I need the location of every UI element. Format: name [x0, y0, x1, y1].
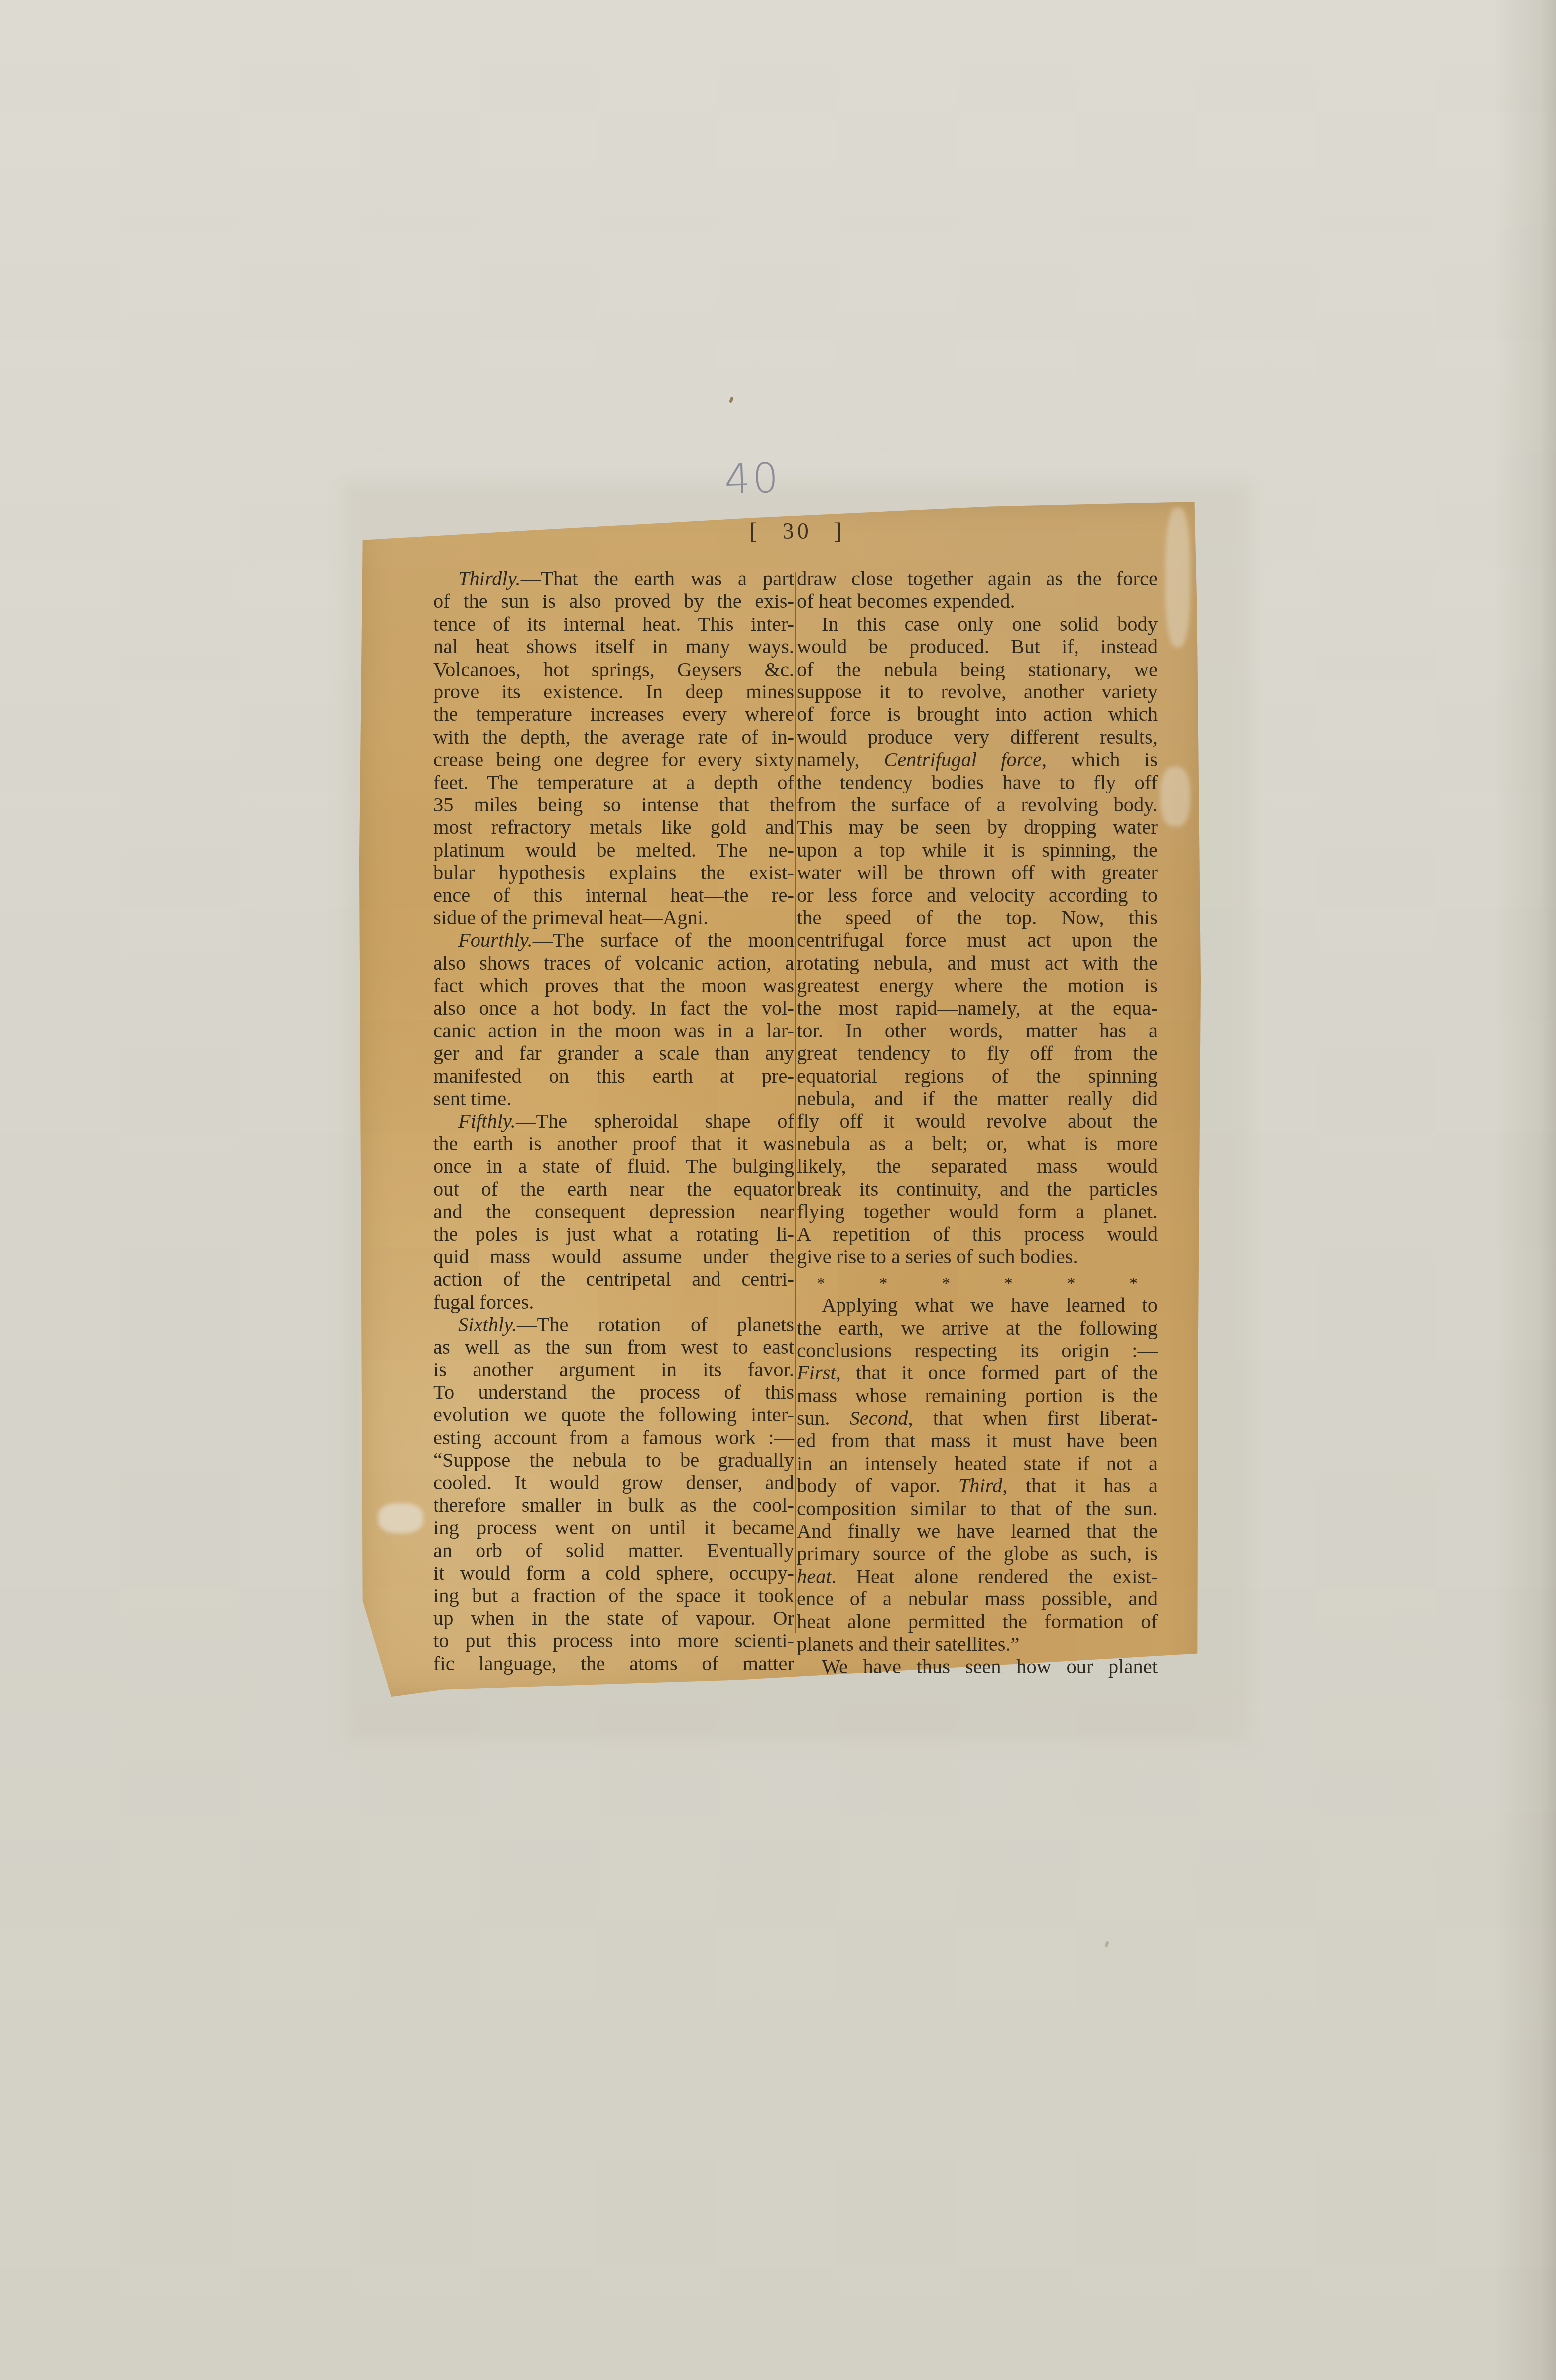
section-break-asterisks: * * * * * * — [797, 1274, 1158, 1294]
text-line: the speed of the top. Now, this — [797, 907, 1158, 929]
text-line: would be produced. But if, instead — [797, 635, 1158, 658]
clipping-page-number: [ 30 ] — [749, 518, 845, 544]
text-line: tence of its internal heat. This inter- — [433, 613, 794, 635]
pencil-folio-number: 40 — [723, 454, 781, 504]
text-line: Volcanoes, hot springs, Geysers &c. — [433, 658, 794, 680]
italic-lead-word: Fifthly. — [458, 1110, 516, 1132]
text-line: prove its existence. In deep mines — [433, 680, 794, 703]
text-line: rotating nebula, and must act with the — [797, 952, 1158, 974]
paper-speck — [1104, 1941, 1109, 1947]
text-line: quid mass would assume under the — [433, 1246, 794, 1268]
text-line: Thirdly.—That the earth was a part — [433, 567, 794, 590]
text-line: composition similar to that of the sun. — [797, 1497, 1158, 1520]
text-line: primary source of the globe as such, is — [797, 1542, 1158, 1565]
text-line: “Suppose the nebula to be gradually — [433, 1449, 794, 1471]
text-line: break its continuity, and the particles — [797, 1178, 1158, 1200]
column-divider — [795, 572, 796, 1633]
italic-word: heat — [797, 1565, 832, 1587]
italic-word: Centrifugal force — [884, 748, 1042, 771]
text-line: give rise to a series of such bodies. — [797, 1246, 1158, 1268]
text-line: In this case only one solid body — [797, 613, 1158, 635]
paper-tear — [378, 1503, 423, 1533]
text-line: of heat becomes expended. — [797, 590, 1158, 612]
text-line: is another argument in its favor. — [433, 1359, 794, 1381]
italic-lead-word: Sixthly. — [458, 1313, 517, 1336]
text-line: of force is brought into action which — [797, 703, 1158, 725]
italic-word: Third — [958, 1474, 1003, 1497]
text-line: of the sun is also proved by the exis- — [433, 590, 794, 612]
text-line: centrifugal force must act upon the — [797, 929, 1158, 951]
text-line: Sixthly.—The rotation of planets — [433, 1313, 794, 1336]
text-line: nal heat shows itself in many ways. — [433, 635, 794, 658]
text-line: heat alone permitted the formation of — [797, 1610, 1158, 1633]
text-line: ence of this internal heat—the re- — [433, 884, 794, 906]
text-line: namely, Centrifugal force, which is — [797, 748, 1158, 771]
text-line: fugal forces. — [433, 1291, 794, 1313]
text-line: fic language, the atoms of matter — [433, 1652, 794, 1675]
left-text-column: Thirdly.—That the earth was a partof the… — [433, 567, 794, 1675]
text-line: and the consequent depression near — [433, 1200, 794, 1223]
text-line: water will be thrown off with greater — [797, 861, 1158, 884]
text-line: Applying what we have learned to — [797, 1294, 1158, 1316]
text-line: most refractory metals like gold and — [433, 816, 794, 838]
text-line: A repetition of this process would — [797, 1223, 1158, 1245]
text-line: ed from that mass it must have been — [797, 1429, 1158, 1452]
text-line: to put this process into more scienti- — [433, 1629, 794, 1652]
text-line: as well as the sun from west to east — [433, 1336, 794, 1358]
italic-lead-word: Thirdly. — [458, 567, 521, 590]
text-line: We have thus seen how our planet — [797, 1655, 1158, 1678]
text-line: draw close together again as the force — [797, 567, 1158, 590]
text-line: conclusions respecting its origin :— — [797, 1339, 1158, 1361]
text-line: mass whose remaining portion is the — [797, 1384, 1158, 1407]
text-line: feet. The temperature at a depth of — [433, 771, 794, 793]
text-line: manifested on this earth at pre- — [433, 1065, 794, 1087]
text-line: ger and far grander a scale than any — [433, 1042, 794, 1064]
text-line: Fifthly.—The spheroidal shape of — [433, 1110, 794, 1132]
text-line: it would form a cold sphere, occupy- — [433, 1562, 794, 1584]
text-line: canic action in the moon was in a lar- — [433, 1020, 794, 1042]
text-line: And finally we have learned that the — [797, 1520, 1158, 1542]
text-line: crease being one degree for every sixty — [433, 748, 794, 771]
text-line: fly off it would revolve about the — [797, 1110, 1158, 1132]
text-line: ence of a nebular mass possible, and — [797, 1587, 1158, 1610]
text-line: evolution we quote the following inter- — [433, 1403, 794, 1426]
text-line: sent time. — [433, 1087, 794, 1110]
text-line: fact which proves that the moon was — [433, 974, 794, 997]
text-line: also once a hot body. In fact the vol- — [433, 997, 794, 1019]
text-line: the earth, we arrive at the following — [797, 1317, 1158, 1339]
text-line: or less force and velocity according to — [797, 884, 1158, 906]
text-line: ing process went on until it became — [433, 1516, 794, 1539]
paper-speck — [729, 396, 734, 403]
text-line: the earth is another proof that it was — [433, 1133, 794, 1155]
text-line: would produce very different results, — [797, 726, 1158, 748]
text-line: likely, the separated mass would — [797, 1155, 1158, 1177]
right-text-column: draw close together again as the forceof… — [797, 567, 1158, 1678]
text-line: an orb of solid matter. Eventually — [433, 1539, 794, 1562]
text-line: also shows traces of volcanic action, a — [433, 952, 794, 974]
text-line: platinum would be melted. The ne- — [433, 839, 794, 861]
text-line: tor. In other words, matter has a — [797, 1020, 1158, 1042]
paper-tear — [1165, 508, 1190, 647]
text-line: the most rapid—namely, at the equa- — [797, 997, 1158, 1019]
text-line: the tendency bodies have to fly off — [797, 771, 1158, 793]
text-line: nebula, and if the matter really did — [797, 1087, 1158, 1110]
text-line: equatorial regions of the spinning — [797, 1065, 1158, 1087]
text-line: First, that it once formed part of the — [797, 1361, 1158, 1384]
text-line: sidue of the primeval heat—Agni. — [433, 907, 794, 929]
text-line: with the depth, the average rate of in- — [433, 726, 794, 748]
text-line: from the surface of a revolving body. — [797, 793, 1158, 816]
text-line: 35 miles being so intense that the — [433, 793, 794, 816]
text-line: ing but a fraction of the space it took — [433, 1585, 794, 1607]
text-line: the temperature increases every where — [433, 703, 794, 725]
text-line: body of vapor. Third, that it has a — [797, 1474, 1158, 1497]
text-line: heat. Heat alone rendered the exist- — [797, 1565, 1158, 1587]
text-line: bular hypothesis explains the exist- — [433, 861, 794, 884]
text-line: in an intensely heated state if not a — [797, 1452, 1158, 1474]
text-line: sun. Second, that when first liberat- — [797, 1407, 1158, 1429]
italic-word: Second — [850, 1407, 908, 1429]
text-line: of the nebula being stationary, we — [797, 658, 1158, 680]
text-line: action of the centripetal and centri- — [433, 1268, 794, 1290]
text-line: planets and their satellites.” — [797, 1633, 1158, 1655]
text-line: esting account from a famous work :— — [433, 1426, 794, 1449]
text-line: flying together would form a planet. — [797, 1200, 1158, 1223]
text-line: the poles is just what a rotating li- — [433, 1223, 794, 1245]
text-line: cooled. It would grow denser, and — [433, 1472, 794, 1494]
text-line: upon a top while it is spinning, the — [797, 839, 1158, 861]
text-line: out of the earth near the equator — [433, 1178, 794, 1200]
text-line: once in a state of fluid. The bulging — [433, 1155, 794, 1177]
paper-tear — [1160, 767, 1190, 826]
text-line: up when in the state of vapour. Or — [433, 1607, 794, 1629]
text-line: greatest energy where the motion is — [797, 974, 1158, 997]
text-line: suppose it to revolve, another variety — [797, 680, 1158, 703]
italic-lead-word: Fourthly. — [458, 929, 533, 951]
text-line: This may be seen by dropping water — [797, 816, 1158, 838]
text-line: Fourthly.—The surface of the moon — [433, 929, 794, 951]
text-line: To understand the process of this — [433, 1381, 794, 1403]
text-line: nebula as a belt; or, what is more — [797, 1133, 1158, 1155]
italic-word: First — [797, 1361, 836, 1384]
text-line: great tendency to fly off from the — [797, 1042, 1158, 1064]
text-line: therefore smaller in bulk as the cool- — [433, 1494, 794, 1516]
